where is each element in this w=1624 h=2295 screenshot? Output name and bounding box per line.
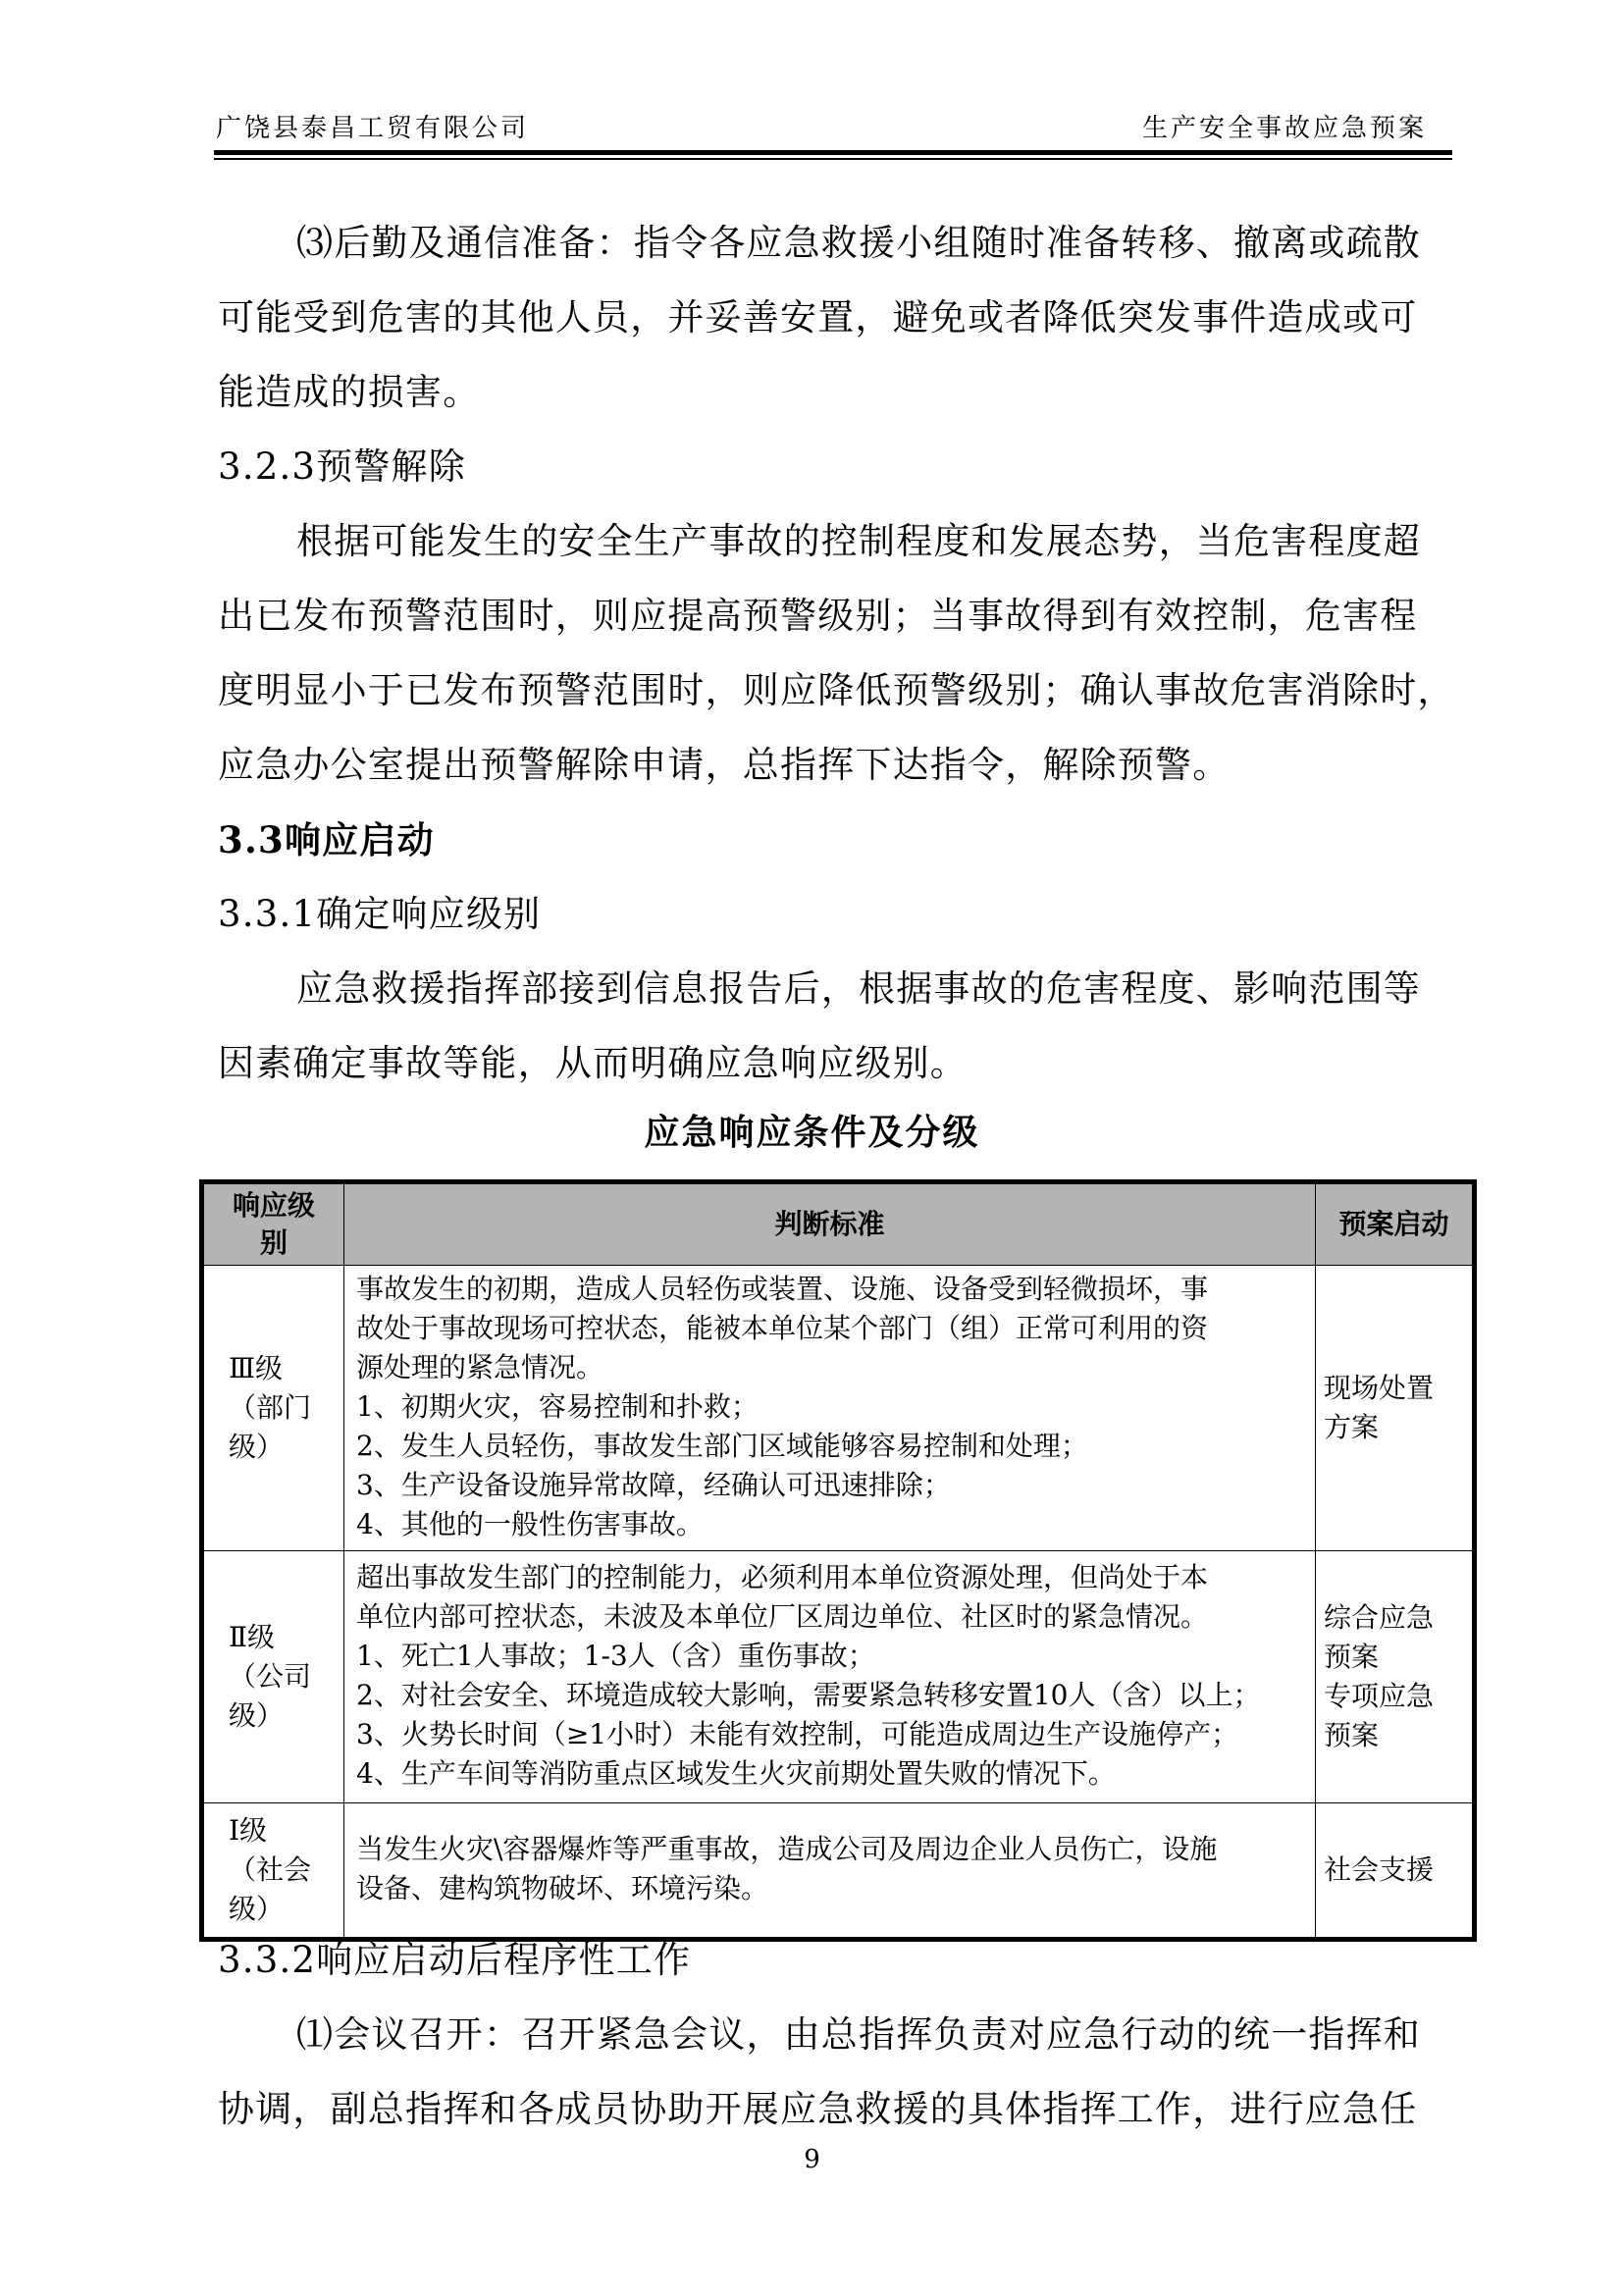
section-heading-3-2-3: 3.2.3预警解除	[218, 445, 466, 489]
criteria-line: 3、生产设备设施异常故障，经确认可迅速排除；	[356, 1466, 1303, 1505]
paragraph-warning-release-line: 度明显小于已发布预警范围时，则应降低预警级别；确认事故危害消除时，	[218, 669, 1455, 712]
plan-cell: 社会支援	[1316, 1803, 1475, 1940]
level-cell: Ⅰ级 （社会 级）	[202, 1803, 344, 1940]
level-label-line: （社会	[229, 1851, 319, 1890]
table-row-level-3: Ⅲ级 （部门 级） 事故发生的初期，造成人员轻伤或装置、设施、设备受到轻微损坏，…	[202, 1266, 1475, 1551]
plan-cell: 综合应急 预案 专项应急 预案	[1316, 1551, 1475, 1803]
response-level-table: 响应级别 判断标准 预案启动 Ⅲ级 （部门 级） 事故发生的初期，造成人员轻伤或…	[199, 1179, 1477, 1942]
paragraph-warning-release-line: 应急办公室提出预警解除申请，总指挥下达指令，解除预警。	[218, 744, 1230, 787]
criteria-line: 故处于事故现场可控状态，能被本单位某个部门（组）正常可利用的资	[356, 1309, 1303, 1348]
criteria-line: 2、对社会安全、环境造成较大影响，需要紧急转移安置10人（含）以上；	[356, 1676, 1303, 1715]
column-header-level: 响应级别	[202, 1182, 344, 1266]
level-cell: Ⅲ级 （部门 级）	[202, 1266, 344, 1551]
level-label-line: 级）	[229, 1696, 319, 1736]
table-header-row: 响应级别 判断标准 预案启动	[202, 1182, 1475, 1266]
criteria-line: 4、其他的一般性伤害事故。	[356, 1505, 1303, 1544]
plan-line: 预案	[1324, 1716, 1464, 1755]
plan-line: 专项应急	[1324, 1677, 1464, 1716]
criteria-line: 源处理的紧急情况。	[356, 1348, 1303, 1387]
level-label-line: Ⅰ级	[229, 1811, 319, 1851]
header-rule-thick	[214, 150, 1452, 155]
paragraph-meeting-line: ⑴会议召开：召开紧急会议，由总指挥负责对应急行动的统一指挥和	[296, 2013, 1421, 2057]
criteria-line: 单位内部可控状态，未波及本单位厂区周边单位、社区时的紧急情况。	[356, 1597, 1303, 1637]
plan-line: 社会支援	[1324, 1851, 1464, 1890]
level-label-line: （公司	[229, 1657, 319, 1696]
paragraph-logistics-line: ⑶后勤及通信准备：指令各应急救援小组随时准备转移、撤离或疏散	[296, 222, 1421, 265]
criteria-cell: 事故发生的初期，造成人员轻伤或装置、设施、设备受到轻微损坏，事 故处于事故现场可…	[344, 1266, 1316, 1551]
criteria-line: 设备、建构筑物破坏、环境污染。	[356, 1869, 1303, 1908]
criteria-line: 3、火势长时间（≥1小时）未能有效控制，可能造成周边生产设施停产；	[356, 1715, 1303, 1754]
section-heading-3-3-2: 3.3.2响应启动后程序性工作	[218, 1939, 691, 1982]
criteria-line: 当发生火灾\容器爆炸等严重事故，造成公司及周边企业人员伤亡，设施	[356, 1830, 1303, 1869]
criteria-line: 1、死亡1人事故；1-3人（含）重伤事故；	[356, 1637, 1303, 1676]
level-cell: Ⅱ级 （公司 级）	[202, 1551, 344, 1803]
column-header-plan: 预案启动	[1316, 1182, 1475, 1266]
column-header-level-label: 响应级别	[230, 1187, 318, 1262]
column-header-criteria: 判断标准	[344, 1182, 1316, 1266]
criteria-cell: 超出事故发生部门的控制能力，必须利用本单位资源处理，但尚处于本 单位内部可控状态…	[344, 1551, 1316, 1803]
table-title: 应急响应条件及分级	[0, 1112, 1624, 1155]
level-label-line: Ⅱ级	[229, 1618, 319, 1657]
criteria-line: 2、发生人员轻伤，事故发生部门区域能够容易控制和处理；	[356, 1427, 1303, 1466]
section-heading-3-3-1: 3.3.1确定响应级别	[218, 893, 541, 936]
running-header: 广饶县泰昌工贸有限公司 生产安全事故应急预案	[214, 110, 1452, 165]
plan-line: 综合应急	[1324, 1598, 1464, 1638]
level-label-line: Ⅲ级	[229, 1349, 319, 1388]
plan-line: 方案	[1324, 1408, 1464, 1447]
paragraph-logistics-line: 能造成的损害。	[218, 371, 480, 414]
table-row-level-2: Ⅱ级 （公司 级） 超出事故发生部门的控制能力，必须利用本单位资源处理，但尚处于…	[202, 1551, 1475, 1803]
plan-line: 预案	[1324, 1638, 1464, 1677]
level-label-line: 级）	[229, 1428, 319, 1467]
level-label-line: （部门	[229, 1388, 319, 1428]
paragraph-determine-level-line: 应急救援指挥部接到信息报告后，根据事故的危害程度、影响范围等	[296, 967, 1421, 1011]
header-document-title: 生产安全事故应急预案	[1142, 114, 1427, 143]
paragraph-warning-release-line: 根据可能发生的安全生产事故的控制程度和发展态势，当危害程度超	[296, 520, 1421, 563]
paragraph-warning-release-line: 出已发布预警范围时，则应提高预警级别；当事故得到有效控制，危害程	[218, 595, 1417, 638]
criteria-line: 超出事故发生部门的控制能力，必须利用本单位资源处理，但尚处于本	[356, 1558, 1303, 1597]
level-label-line: 级）	[229, 1890, 319, 1929]
paragraph-logistics-line: 可能受到危害的其他人员，并妥善安置，避免或者降低突发事件造成或可	[218, 296, 1417, 339]
header-rule-thin	[214, 158, 1452, 160]
criteria-line: 1、初期火灾，容易控制和扑救；	[356, 1387, 1303, 1427]
plan-line: 现场处置	[1324, 1369, 1464, 1408]
criteria-line: 事故发生的初期，造成人员轻伤或装置、设施、设备受到轻微损坏，事	[356, 1270, 1303, 1309]
paragraph-determine-level-line: 因素确定事故等能，从而明确应急响应级别。	[218, 1042, 968, 1085]
section-heading-3-3: 3.3响应启动	[218, 818, 435, 861]
plan-cell: 现场处置 方案	[1316, 1266, 1475, 1551]
header-company-name: 广饶县泰昌工贸有限公司	[216, 114, 529, 143]
criteria-cell: 当发生火灾\容器爆炸等严重事故，造成公司及周边企业人员伤亡，设施 设备、建构筑物…	[344, 1803, 1316, 1940]
criteria-line: 4、生产车间等消防重点区域发生火灾前期处置失败的情况下。	[356, 1754, 1303, 1794]
page-number: 9	[0, 2145, 1624, 2174]
paragraph-meeting-line: 协调，副总指挥和各成员协助开展应急救援的具体指挥工作，进行应急任	[218, 2088, 1417, 2131]
table-row-level-1: Ⅰ级 （社会 级） 当发生火灾\容器爆炸等严重事故，造成公司及周边企业人员伤亡，…	[202, 1803, 1475, 1940]
